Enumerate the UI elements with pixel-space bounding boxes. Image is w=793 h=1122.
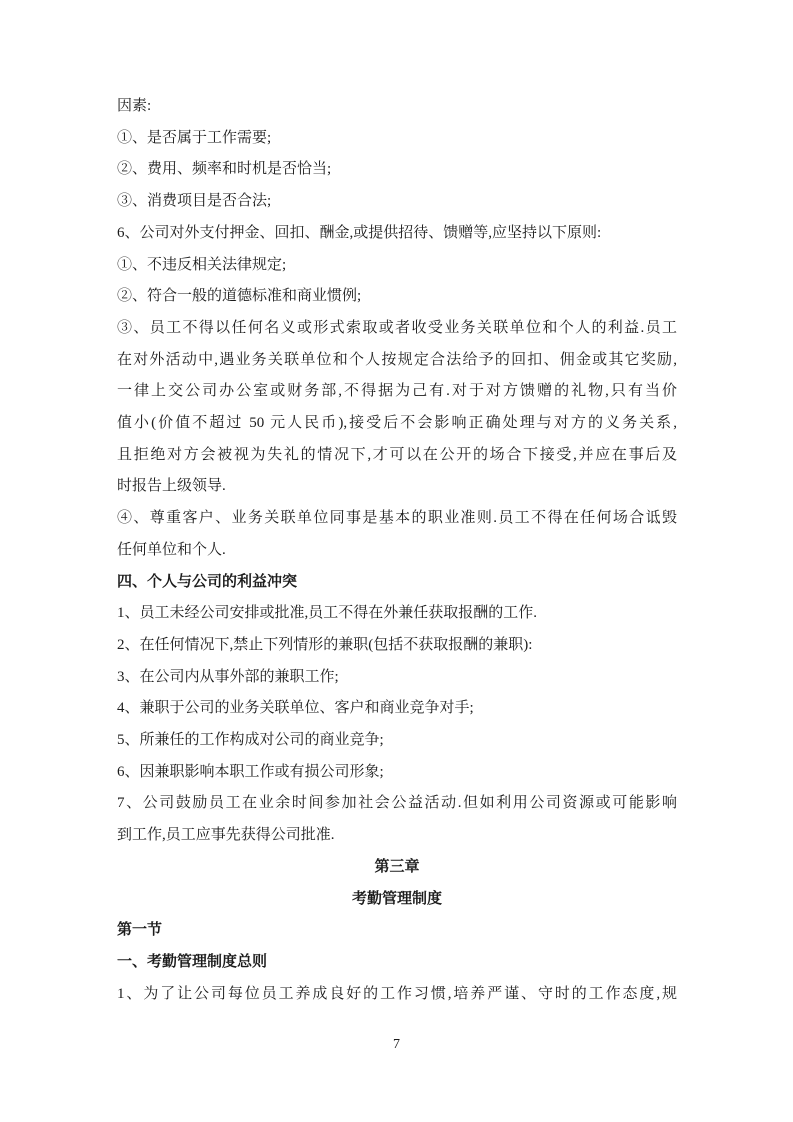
numbered-item: ②、费用、频率和时机是否恰当; [117,154,677,186]
paragraph-line: ④、尊重客户、业务关联单位同事是基本的职业准则.员工不得在任何场合诋毁 [117,503,677,535]
numbered-item: 6、公司对外支付押金、回扣、酬金,或提供招待、馈赠等,应坚持以下原则: [117,218,677,250]
paragraph-line: 任何单位和个人. [117,535,677,567]
chapter-heading: 第三章 [117,852,677,884]
numbered-item: ①、不违反相关法律规定; [117,250,677,282]
chapter-title: 考勤管理制度 [117,884,677,916]
paragraph-line: 7、公司鼓励员工在业余时间参加社会公益活动.但如利用公司资源或可能影响 [117,788,677,820]
section-heading: 第一节 [117,915,677,947]
numbered-item: 5、所兼任的工作构成对公司的商业竞争; [117,725,677,757]
paragraph-line: 值小(价值不超过 50 元人民币),接受后不会影响正确处理与对方的义务关系, [117,408,677,440]
page-number: 7 [0,1036,793,1054]
paragraph-line: ③、员工不得以任何名义或形式索取或者收受业务关联单位和个人的利益.员工 [117,313,677,345]
numbered-item: ①、是否属于工作需要; [117,123,677,155]
paragraph-line: 时报告上级领导. [117,471,677,503]
numbered-item: ③、消费项目是否合法; [117,186,677,218]
numbered-item: ②、符合一般的道德标准和商业惯例; [117,281,677,313]
document-body: 因素: ①、是否属于工作需要; ②、费用、频率和时机是否恰当; ③、消费项目是否… [117,91,677,1010]
numbered-item: 3、在公司内从事外部的兼职工作; [117,662,677,694]
paragraph-line: 一律上交公司办公室或财务部,不得据为己有.对于对方馈赠的礼物,只有当价 [117,376,677,408]
paragraph-line: 因素: [117,91,677,123]
paragraph-line: 在对外活动中,遇业务关联单位和个人按规定合法给予的回扣、佣金或其它奖励, [117,345,677,377]
paragraph-line: 到工作,员工应事先获得公司批准. [117,820,677,852]
numbered-item: 2、在任何情况下,禁止下列情形的兼职(包括不获取报酬的兼职): [117,630,677,662]
numbered-item: 1、员工未经公司安排或批准,员工不得在外兼任获取报酬的工作. [117,598,677,630]
heading-conflict-of-interest: 四、个人与公司的利益冲突 [117,567,677,599]
paragraph-line: 且拒绝对方会被视为失礼的情况下,才可以在公开的场合下接受,并应在事后及 [117,440,677,472]
document-page: 因素: ①、是否属于工作需要; ②、费用、频率和时机是否恰当; ③、消费项目是否… [0,0,793,1122]
subsection-heading: 一、考勤管理制度总则 [117,947,677,979]
paragraph-line: 1、为了让公司每位员工养成良好的工作习惯,培养严谨、守时的工作态度,规 [117,979,677,1011]
numbered-item: 6、因兼职影响本职工作或有损公司形象; [117,757,677,789]
numbered-item: 4、兼职于公司的业务关联单位、客户和商业竞争对手; [117,693,677,725]
